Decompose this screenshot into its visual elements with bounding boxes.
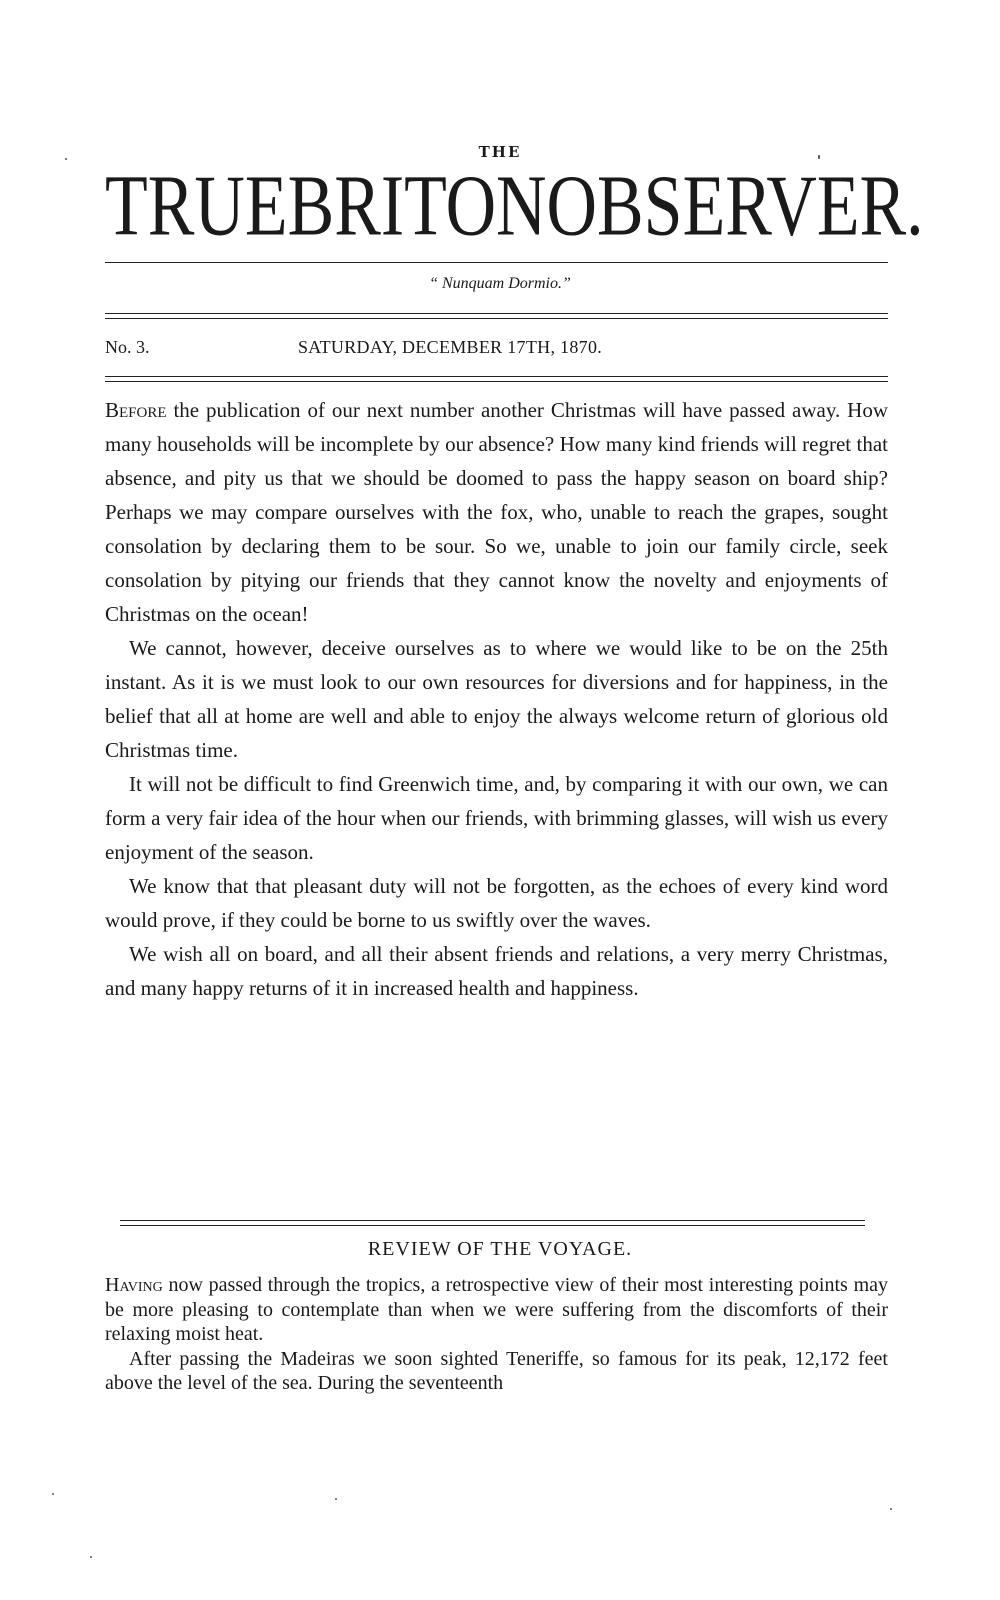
scan-speck [890, 1508, 892, 1510]
voyage-review: Having now passed through the tropics, a… [105, 1273, 888, 1396]
motto: “ Nunquam Dormio.” [0, 275, 1000, 293]
editorial-paragraph: Before the publication of our next numbe… [105, 393, 888, 631]
lead-word: Before [105, 398, 167, 422]
masthead-word-briton: BRITON [288, 164, 547, 247]
masthead-rule [105, 262, 888, 263]
scan-speck [52, 1493, 54, 1495]
section-rule-bottom [120, 1225, 865, 1226]
masthead-word-observer: OBSERVER. [547, 164, 924, 247]
editorial-paragraph: We wish all on board, and all their abse… [105, 937, 888, 1005]
scan-speck [90, 1556, 92, 1558]
issue-number: No. 3. [105, 337, 150, 358]
motto-rule-top [105, 313, 888, 314]
christmas-editorial: Before the publication of our next numbe… [105, 393, 888, 1005]
issue-date: SATURDAY, DECEMBER 17TH, 1870. [298, 337, 602, 358]
scan-speck [818, 155, 820, 159]
dateline-rule-top [105, 376, 888, 377]
masthead-word-true: TRUE [105, 164, 288, 247]
scan-speck [335, 1498, 337, 1500]
review-paragraph: After passing the Madeiras we soon sight… [105, 1347, 888, 1396]
editorial-paragraph: It will not be difficult to find Greenwi… [105, 767, 888, 869]
dateline-rule-bottom [105, 381, 888, 382]
section-title: REVIEW OF THE VOYAGE. [0, 1238, 1000, 1261]
review-paragraph: Having now passed through the tropics, a… [105, 1273, 888, 1347]
newspaper-page: THE TRUE BRITON OBSERVER. “ Nunquam Dorm… [0, 0, 1000, 1600]
editorial-paragraph: We know that that pleasant duty will not… [105, 869, 888, 937]
lead-word: Having [105, 1274, 163, 1296]
masthead-title: TRUE BRITON OBSERVER. [105, 175, 827, 247]
scan-speck [65, 158, 67, 160]
section-rule-top [120, 1220, 865, 1221]
motto-rule-bottom [105, 318, 888, 319]
editorial-paragraph: We cannot, however, deceive ourselves as… [105, 631, 888, 767]
